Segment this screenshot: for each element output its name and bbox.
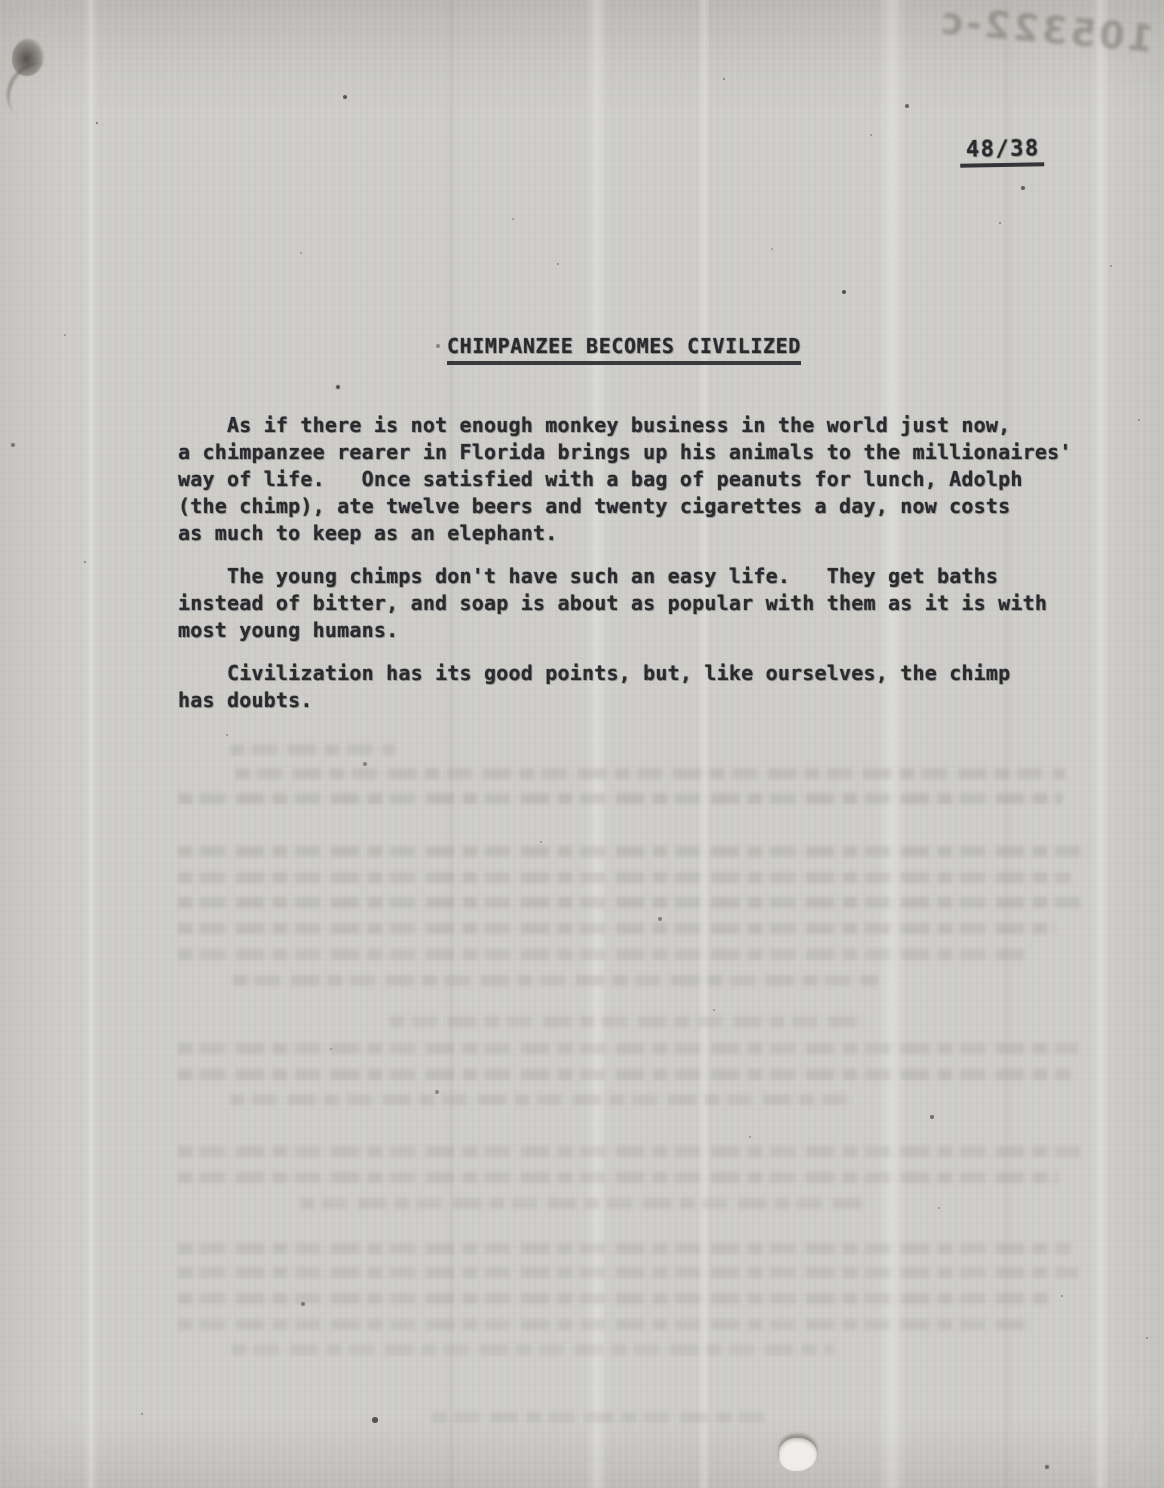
bleedthrough-text-line bbox=[232, 1344, 834, 1355]
bleedthrough-text-line bbox=[233, 975, 878, 986]
bleedthrough-text-line bbox=[432, 1412, 765, 1423]
bleedthrough-handwritten-number: 105322-c bbox=[926, 0, 1156, 80]
bleedthrough-text-line bbox=[230, 744, 395, 755]
bleedthrough-text-line bbox=[178, 1043, 1078, 1054]
bleedthrough-text-line bbox=[178, 923, 1056, 934]
bleedthrough-text-line bbox=[300, 1198, 865, 1209]
bleedthrough-text-line bbox=[178, 897, 1083, 908]
bleedthrough-text-line bbox=[178, 1146, 1081, 1157]
reference-number: 48/38 bbox=[960, 137, 1044, 168]
paragraph-3: Civilization has its good points, but, l… bbox=[178, 660, 1108, 714]
bleedthrough-text-line bbox=[178, 1243, 1071, 1254]
document-title: CHIMPANZEE BECOMES CIVILIZED bbox=[447, 334, 801, 365]
document-body: As if there is not enough monkey busines… bbox=[178, 412, 1108, 730]
scan-streak bbox=[698, 0, 710, 1488]
bleedthrough-text-line bbox=[178, 846, 1090, 857]
ink-speckles bbox=[0, 0, 2, 2]
scan-streak bbox=[878, 0, 906, 1488]
bleedthrough-text-line bbox=[178, 793, 1063, 804]
scan-streak bbox=[1092, 0, 1110, 1488]
paragraph-2: The young chimps don't have such an easy… bbox=[178, 563, 1108, 644]
paragraph-1: As if there is not enough monkey busines… bbox=[178, 412, 1108, 547]
bleedthrough-text-line bbox=[178, 1172, 1058, 1183]
paper-grain-texture bbox=[0, 0, 1164, 1488]
bleedthrough-text-line bbox=[230, 1094, 853, 1105]
bleedthrough-text-line bbox=[390, 1016, 865, 1027]
bleedthrough-text-line bbox=[178, 949, 1026, 960]
bleedthrough-text-line bbox=[178, 872, 1071, 883]
scan-streak bbox=[84, 0, 98, 1488]
scan-streak bbox=[1002, 0, 1012, 1488]
bleedthrough-text-line bbox=[178, 1293, 1050, 1304]
scanned-document-page: 105322-c 48/38 CHIMPANZEE BECOMES CIVILI… bbox=[0, 0, 1164, 1488]
bleedthrough-text-line bbox=[178, 1267, 1078, 1278]
bleedthrough-text-line bbox=[178, 1069, 1071, 1080]
scan-streak bbox=[446, 0, 456, 1488]
bleedthrough-text-line bbox=[235, 768, 1065, 779]
scan-streak bbox=[586, 0, 608, 1488]
punch-hole bbox=[779, 1438, 817, 1471]
bleedthrough-text-line bbox=[178, 1319, 1030, 1330]
